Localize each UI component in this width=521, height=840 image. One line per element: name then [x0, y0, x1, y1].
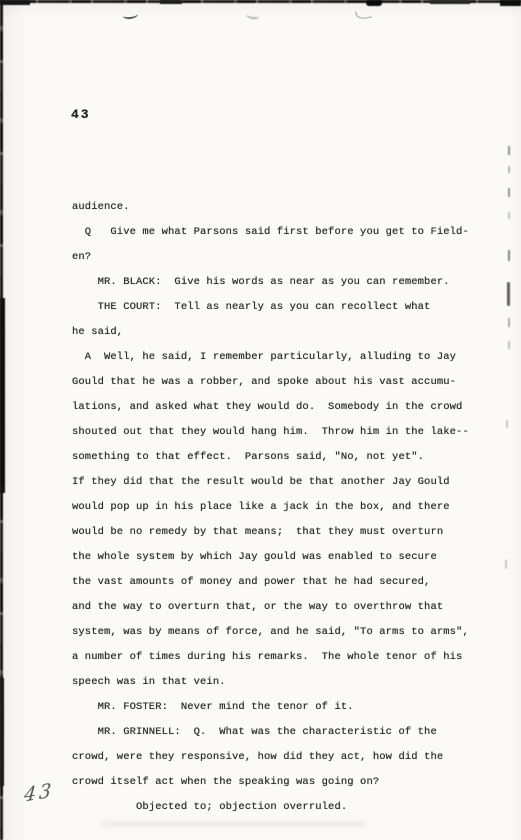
transcript-line: system, was by means of force, and he sa…	[72, 620, 512, 645]
transcript-line: lations, and asked what they would do. S…	[72, 395, 512, 420]
transcript-line: THE COURT: Tell as nearly as you can rec…	[72, 295, 512, 320]
transcript-line: MR. BLACK: Give his words as near as you…	[72, 270, 512, 295]
transcript-line: he said,	[72, 320, 512, 345]
pencil-smudge-mark	[123, 10, 139, 19]
bleed-through-streak	[100, 821, 365, 827]
scan-dash-top	[366, 0, 382, 6]
transcript-line: Gould that he was a robber, and spoke ab…	[72, 370, 512, 395]
transcript-line: would pop up in his place like a jack in…	[72, 495, 512, 520]
scan-dash	[508, 146, 510, 155]
transcript-line: speech was in that vein.	[72, 670, 512, 695]
transcript-line: and the way to overturn that, or the way…	[72, 595, 512, 620]
transcript-line: crowd itself act when the speaking was g…	[72, 770, 512, 795]
transcript-body: audience. Q Give me what Parsons said fi…	[72, 195, 512, 820]
transcript-line: the vast amounts of money and power that…	[72, 570, 512, 595]
transcript-line: something to that effect. Parsons said, …	[72, 445, 512, 470]
transcript-line: MR. FOSTER: Never mind the tenor of it.	[72, 695, 512, 720]
transcript-line: Q Give me what Parsons said first before…	[72, 220, 512, 245]
transcript-line: a number of times during his remarks. Th…	[72, 645, 512, 670]
transcript-line: shouted out that they would hang him. Th…	[72, 420, 512, 445]
scanned-transcript-page: 43 audience. Q Give me what Parsons said…	[0, 0, 521, 840]
scan-edge-left-patch	[0, 678, 4, 786]
page-number: 43	[71, 107, 91, 122]
scan-edge-top-ticks	[0, 0, 521, 6]
pencil-smudge-mark	[355, 9, 372, 21]
transcript-line: Objected to; objection overruled.	[72, 795, 512, 820]
scan-edge-left-patch	[0, 298, 5, 493]
scan-dash	[508, 166, 510, 173]
handwritten-page-number: 43	[23, 779, 55, 806]
transcript-line: MR. GRINNELL: Q. What was the characteri…	[72, 720, 512, 745]
transcript-line: en?	[72, 245, 512, 270]
transcript-line: audience.	[72, 195, 512, 220]
pencil-smudge-mark	[246, 11, 260, 19]
transcript-line: If they did that the result would be tha…	[72, 470, 512, 495]
transcript-line: the whole system by which Jay gould was …	[72, 545, 512, 570]
transcript-line: A Well, he said, I remember particularly…	[72, 345, 512, 370]
transcript-line: would be no remedy by that means; that t…	[72, 520, 512, 545]
transcript-line: crowd, were they responsive, how did the…	[72, 745, 512, 770]
